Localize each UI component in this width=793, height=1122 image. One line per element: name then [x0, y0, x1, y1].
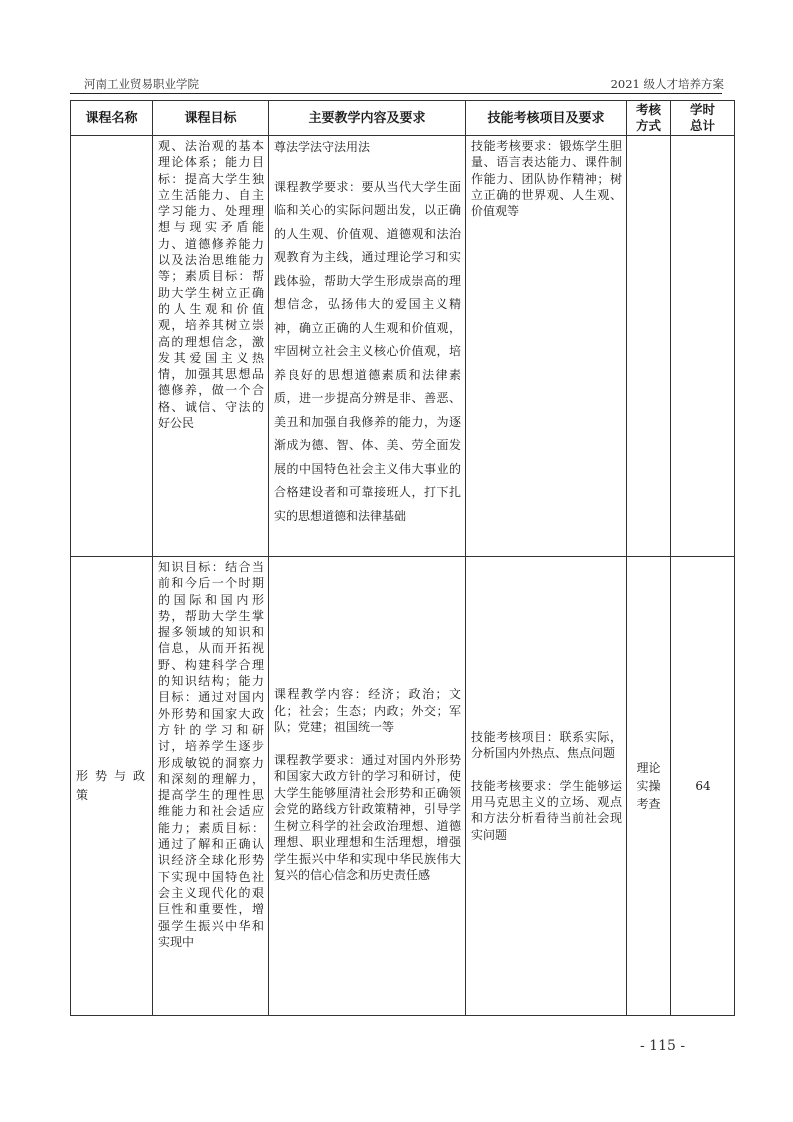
- column-header-skill-assessment: 技能考核项目及要求: [466, 101, 627, 136]
- course-name: 形势与政策: [71, 765, 152, 807]
- page-number: - 115 -: [640, 1038, 685, 1054]
- assessment-method: [627, 344, 670, 348]
- table-row: 观、法治观的基本理论体系；能力目标：提高大学生独立生活能力、自主学习能力、处理理…: [71, 136, 735, 557]
- header-divider: [70, 93, 722, 94]
- column-header-assessment-method: 考核 方式: [627, 101, 671, 136]
- course-name-cell: [71, 136, 153, 557]
- paragraph-gap: [471, 762, 622, 778]
- paragraph-gap: [274, 736, 461, 752]
- paragraph-gap: [274, 160, 461, 176]
- skills-paragraph: 技能考核要求：锻炼学生胆量、语言表达能力、课件制作能力、团队协作精神；树立正确的…: [471, 138, 622, 219]
- total-hours-cell: [671, 136, 735, 557]
- assessment-method-cell: 理论实操考查: [627, 557, 671, 1016]
- content-cell: 尊法学法守法用法 课程教学要求：要从当代大学生面临和关心的实际问题出发，以正确的…: [269, 136, 466, 557]
- skills-paragraph: 技能考核要求：学生能够运用马克思主义的立场、观点和方法分析看待当前社会现实问题: [471, 778, 622, 843]
- skills-block: 技能考核要求：锻炼学生胆量、语言表达能力、课件制作能力、团队协作精神；树立正确的…: [466, 136, 626, 221]
- content-block: 尊法学法守法用法 课程教学要求：要从当代大学生面临和关心的实际问题出发，以正确的…: [269, 136, 465, 530]
- content-paragraph: 尊法学法守法用法: [274, 136, 461, 160]
- column-header-main-content: 主要教学内容及要求: [269, 101, 466, 136]
- page-header: 河南工业贸易职业学院 2021 级人才培养方案: [84, 76, 724, 92]
- course-name: [71, 344, 152, 348]
- objective-cell: 知识目标：结合当前和今后一个时期的国际和国内形势，帮助大学生掌握多领域的知识和信…: [153, 557, 269, 1016]
- content-paragraph: 课程教学内容：经济；政治；文化；社会；生态；内政；外交；军队；党建；祖国统一等: [274, 686, 461, 736]
- skills-block: 技能考核项目：联系实际，分析国内外热点、焦点问题 技能考核要求：学生能够运用马克…: [466, 727, 626, 845]
- content-paragraph: 课程教学要求：通过对国内外形势和国家大政方针的学习和研讨，使大学生能够厘清社会形…: [274, 752, 461, 884]
- skills-paragraph: 技能考核项目：联系实际，分析国内外热点、焦点问题: [471, 729, 622, 762]
- column-header-total-hours: 学时 总计: [671, 101, 735, 136]
- total-hours-cell: 64: [671, 557, 735, 1016]
- course-name-cell: 形势与政策: [71, 557, 153, 1016]
- content-cell: 课程教学内容：经济；政治；文化；社会；生态；内政；外交；军队；党建；祖国统一等 …: [269, 557, 466, 1016]
- column-header-course-name: 课程名称: [71, 101, 153, 136]
- assessment-method: 理论实操考查: [627, 759, 670, 813]
- course-objective-text: 知识目标：结合当前和今后一个时期的国际和国内形势，帮助大学生掌握多领域的知识和信…: [153, 557, 268, 952]
- column-header-course-objective: 课程目标: [153, 101, 269, 136]
- column-header-line: 总计: [671, 118, 734, 134]
- skills-cell: 技能考核要求：锻炼学生胆量、语言表达能力、课件制作能力、团队协作精神；树立正确的…: [466, 136, 627, 557]
- table-header-row: 课程名称 课程目标 主要教学内容及要求 技能考核项目及要求 考核 方式 学时 总…: [71, 101, 735, 136]
- course-objective-text: 观、法治观的基本理论体系；能力目标：提高大学生独立生活能力、自主学习能力、处理理…: [153, 136, 268, 433]
- institution-name: 河南工业贸易职业学院: [84, 76, 199, 92]
- content-paragraph: 课程教学要求：要从当代大学生面临和关心的实际问题出发，以正确的人生观、价值观、道…: [274, 176, 461, 529]
- column-header-line: 考核: [627, 102, 670, 118]
- objective-cell: 观、法治观的基本理论体系；能力目标：提高大学生独立生活能力、自主学习能力、处理理…: [153, 136, 269, 557]
- document-title: 2021 级人才培养方案: [611, 76, 724, 92]
- column-header-line: 学时: [671, 102, 734, 118]
- skills-cell: 技能考核项目：联系实际，分析国内外热点、焦点问题 技能考核要求：学生能够运用马克…: [466, 557, 627, 1016]
- column-header-line: 方式: [627, 118, 670, 134]
- table-row: 形势与政策 知识目标：结合当前和今后一个时期的国际和国内形势，帮助大学生掌握多领…: [71, 557, 735, 1016]
- total-hours: [671, 344, 734, 348]
- assessment-method-cell: [627, 136, 671, 557]
- curriculum-table: 课程名称 课程目标 主要教学内容及要求 技能考核项目及要求 考核 方式 学时 总…: [70, 100, 735, 1016]
- total-hours: 64: [671, 775, 734, 797]
- content-block: 课程教学内容：经济；政治；文化；社会；生态；内政；外交；军队；党建；祖国统一等 …: [269, 686, 465, 886]
